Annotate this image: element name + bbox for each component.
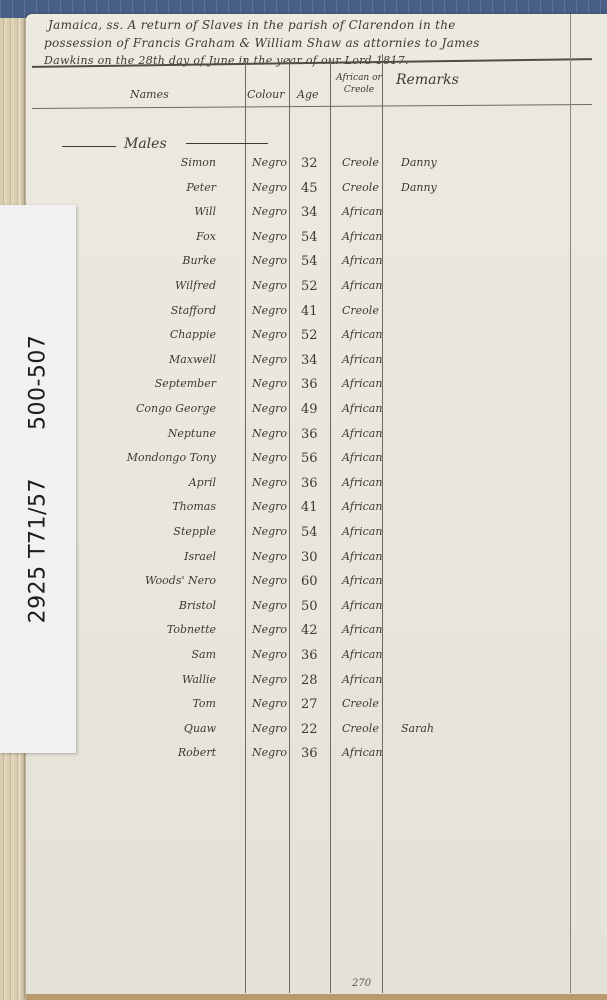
colour-value: Negro	[252, 427, 302, 440]
register-row: PeterNegro45CreoleDanny	[26, 181, 607, 205]
origin-value: African	[342, 623, 402, 636]
origin-value: African	[342, 279, 402, 292]
register-row: SteppleNegro54African	[26, 525, 607, 549]
ledger-binding-bottom	[26, 994, 607, 1000]
origin-value: African	[342, 427, 402, 440]
age-value: 27	[301, 697, 333, 712]
age-value: 52	[301, 279, 333, 294]
slave-name: Simon	[26, 156, 216, 169]
register-row: QuawNegro22CreoleSarah	[26, 722, 607, 746]
age-value: 60	[301, 574, 333, 589]
colour-value: Negro	[252, 402, 302, 415]
register-row: WillNegro34African	[26, 205, 607, 229]
age-value: 36	[301, 476, 333, 491]
register-row: BristolNegro50African	[26, 599, 607, 623]
age-value: 54	[301, 525, 333, 540]
origin-value: African	[342, 353, 402, 366]
age-value: 41	[301, 500, 333, 515]
origin-value: African	[342, 746, 402, 759]
origin-value: African	[342, 599, 402, 612]
register-row: RobertNegro36African	[26, 746, 607, 770]
remark-value: Danny	[401, 156, 501, 169]
colour-value: Negro	[252, 697, 302, 710]
origin-value: Creole	[342, 697, 402, 710]
register-row: MaxwellNegro34African	[26, 353, 607, 377]
colour-value: Negro	[252, 451, 302, 464]
age-value: 34	[301, 205, 333, 220]
colour-value: Negro	[252, 156, 302, 169]
archive-label-slip: 2925 T71/57500-507	[0, 205, 76, 753]
colour-value: Negro	[252, 328, 302, 341]
origin-value: African	[342, 328, 402, 341]
register-row: FoxNegro54African	[26, 230, 607, 254]
age-value: 50	[301, 599, 333, 614]
section-label-males: Males	[124, 136, 167, 152]
colour-value: Negro	[252, 377, 302, 390]
origin-value: African	[342, 451, 402, 464]
register-row: WilfredNegro52African	[26, 279, 607, 303]
colour-value: Negro	[252, 353, 302, 366]
colour-value: Negro	[252, 574, 302, 587]
register-row: SeptemberNegro36African	[26, 377, 607, 401]
age-value: 56	[301, 451, 333, 466]
origin-value: Creole	[342, 304, 402, 317]
archive-folio-range: 500-507	[26, 335, 51, 430]
register-row: TobnetteNegro42African	[26, 623, 607, 647]
origin-value: African	[342, 254, 402, 267]
column-header-origin: African or Creole	[336, 72, 382, 96]
colour-value: Negro	[252, 673, 302, 686]
origin-value: African	[342, 205, 402, 218]
register-row: ThomasNegro41African	[26, 500, 607, 524]
remark-value: Sarah	[401, 722, 501, 735]
register-row: Mondongo TonyNegro56African	[26, 451, 607, 475]
origin-value: African	[342, 476, 402, 489]
column-header-names: Names	[130, 88, 169, 101]
age-value: 41	[301, 304, 333, 319]
register-row: SamNegro36African	[26, 648, 607, 672]
origin-value: Creole	[342, 156, 402, 169]
age-value: 45	[301, 181, 333, 196]
colour-value: Negro	[252, 648, 302, 661]
age-value: 36	[301, 377, 333, 392]
age-value: 22	[301, 722, 333, 737]
register-row: Woods' NeroNegro60African	[26, 574, 607, 598]
origin-value: African	[342, 673, 402, 686]
origin-value: African	[342, 525, 402, 538]
origin-value: African	[342, 377, 402, 390]
colour-value: Negro	[252, 304, 302, 317]
origin-value: African	[342, 550, 402, 563]
column-header-colour: Colour	[247, 88, 285, 101]
age-value: 42	[301, 623, 333, 638]
colour-value: Negro	[252, 722, 302, 735]
section-rule-right	[186, 143, 268, 144]
register-row: NeptuneNegro36African	[26, 427, 607, 451]
colour-value: Negro	[252, 525, 302, 538]
origin-value: African	[342, 648, 402, 661]
remark-value: Danny	[401, 181, 501, 194]
section-rule-left	[62, 146, 116, 147]
column-header-age: Age	[297, 88, 319, 101]
register-row: IsraelNegro30African	[26, 550, 607, 574]
header-line-2: possession of Francis Graham & William S…	[44, 36, 480, 50]
register-row: ChappieNegro52African	[26, 328, 607, 352]
origin-value: Creole	[342, 722, 402, 735]
age-value: 32	[301, 156, 333, 171]
origin-value: African	[342, 230, 402, 243]
register-row: Congo GeorgeNegro49African	[26, 402, 607, 426]
colour-value: Negro	[252, 623, 302, 636]
colour-value: Negro	[252, 746, 302, 759]
folio-number: 270	[352, 978, 371, 989]
age-value: 36	[301, 648, 333, 663]
column-header-remarks: Remarks	[396, 72, 459, 88]
colour-value: Negro	[252, 500, 302, 513]
origin-value: African	[342, 574, 402, 587]
archive-label-text: 2925 T71/57500-507	[26, 335, 51, 624]
header-rule-bottom	[32, 104, 592, 109]
age-value: 54	[301, 254, 333, 269]
age-value: 36	[301, 746, 333, 761]
archive-reference: 2925 T71/57	[26, 478, 51, 623]
register-row: TomNegro27Creole	[26, 697, 607, 721]
colour-value: Negro	[252, 550, 302, 563]
age-value: 36	[301, 427, 333, 442]
age-value: 28	[301, 673, 333, 688]
origin-value: African	[342, 500, 402, 513]
age-value: 54	[301, 230, 333, 245]
origin-value: Creole	[342, 181, 402, 194]
ledger-page: Jamaica, ss. A return of Slaves in the p…	[26, 14, 607, 1000]
colour-value: Negro	[252, 181, 302, 194]
colour-value: Negro	[252, 476, 302, 489]
colour-value: Negro	[252, 599, 302, 612]
register-row: StaffordNegro41Creole	[26, 304, 607, 328]
register-row: BurkeNegro54African	[26, 254, 607, 278]
age-value: 52	[301, 328, 333, 343]
colour-value: Negro	[252, 205, 302, 218]
age-value: 30	[301, 550, 333, 565]
age-value: 34	[301, 353, 333, 368]
register-row: AprilNegro36African	[26, 476, 607, 500]
age-value: 49	[301, 402, 333, 417]
register-row: WallieNegro28African	[26, 673, 607, 697]
colour-value: Negro	[252, 254, 302, 267]
slave-name: Peter	[26, 181, 216, 194]
colour-value: Negro	[252, 279, 302, 292]
origin-value: African	[342, 402, 402, 415]
register-row: SimonNegro32CreoleDanny	[26, 156, 607, 180]
header-line-1: Jamaica, ss. A return of Slaves in the p…	[48, 18, 456, 32]
colour-value: Negro	[252, 230, 302, 243]
